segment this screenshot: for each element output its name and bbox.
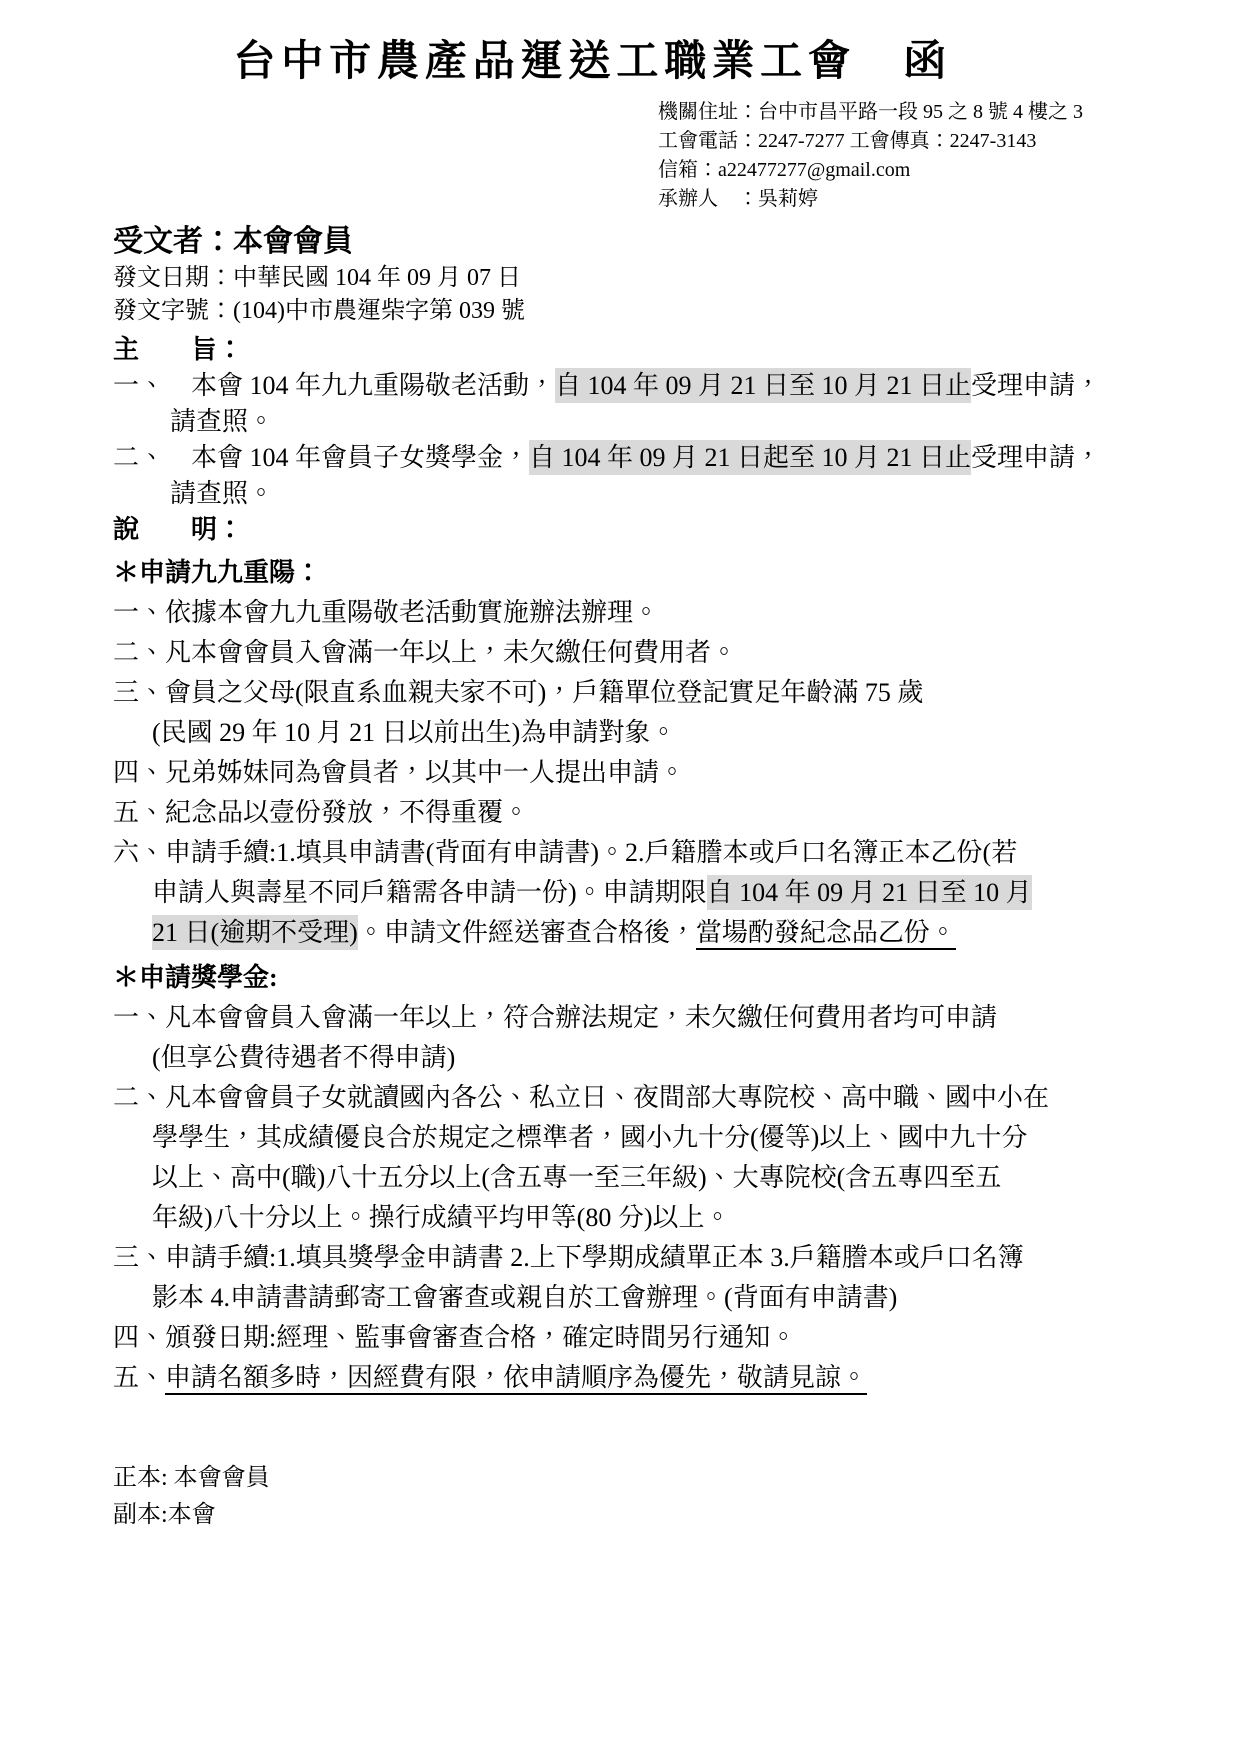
chongyang-item-6: 六、申請手續:1.填具申請書(背面有申請書)。2.戶籍謄本或戶口名簿正本乙份(若 xyxy=(113,833,1184,873)
chongyang-item-3: 三、會員之父母(限直系血親夫家不可)，戶籍單位登記實足年齡滿 75 歲 xyxy=(113,673,1184,713)
text-segment: 說 明： xyxy=(113,515,243,544)
subject-item-2-cont: 請查照。 xyxy=(113,476,1184,512)
subject-item-2: 二、 本會 104 年會員子女獎學金，自 104 年 09 月 21 日起至 1… xyxy=(113,440,1184,476)
underlined-text: 申請名額多時，因經費有限，依申請順序為優先，敬請見諒。 xyxy=(165,1363,867,1395)
text-segment: 請查照。 xyxy=(170,479,274,508)
highlighted-text: 自 104 年 09 月 21 日起至 10 月 21 日止 xyxy=(529,440,971,475)
subject-label: 主 旨： xyxy=(113,332,1184,368)
scholarship-item-1-cont: (但享公費待遇者不得申請) xyxy=(113,1038,1184,1078)
scholarship-item-2-cont3: 年級)八十分以上。操行成績平均甲等(80 分)以上。 xyxy=(113,1198,1184,1238)
scholarship-item-5: 五、申請名額多時，因經費有限，依申請順序為優先，敬請見諒。 xyxy=(113,1358,1184,1398)
scholarship-item-2-cont1: 學學生，其成績優良合於規定之標準者，國小九十分(優等)以上、國中九十分 xyxy=(113,1118,1184,1158)
text-segment: 。申請文件經送審查合格後， xyxy=(358,918,696,947)
scholarship-item-2-cont2: 以上、高中(職)八十五分以上(含五專一至三年級)、大專院校(含五專四至五 xyxy=(113,1158,1184,1198)
text-segment: 請查照。 xyxy=(170,407,274,436)
text-segment: 二、凡本會會員入會滿一年以上，未欠繳任何費用者。 xyxy=(113,638,737,667)
text-segment: 四、兄弟姊妹同為會員者，以其中一人提出申請。 xyxy=(113,758,685,787)
section-chongyang-heading: ＊申請九九重陽： xyxy=(113,553,1184,593)
scholarship-item-3-cont: 影本 4.申請書請郵寄工會審查或親自於工會辦理。(背面有申請書) xyxy=(113,1278,1184,1318)
header-info-block: 機關住址：台中市昌平路一段 95 之 8 號 4 樓之 3 工會電話：2247-… xyxy=(658,98,1184,214)
text-segment: 二、 本會 104 年會員子女獎學金， xyxy=(113,443,529,472)
text-segment: 六、申請手續:1.填具申請書(背面有申請書)。2.戶籍謄本或戶口名簿正本乙份(若 xyxy=(113,838,1017,867)
text-segment: 一、凡本會會員入會滿一年以上，符合辦法規定，未欠繳任何費用者均可申請 xyxy=(113,1003,997,1032)
text-segment: 主 旨： xyxy=(113,335,243,364)
doc-number-line: 發文字號：(104)中市農運柴字第 039 號 xyxy=(113,295,1184,328)
text-segment: 四、頒發日期:經理、監事會審查合格，確定時間另行通知。 xyxy=(113,1323,796,1352)
scholarship-item-3: 三、申請手續:1.填具獎學金申請書 2.上下學期成績單正本 3.戶籍謄本或戶口名… xyxy=(113,1238,1184,1278)
letter-title: 台中市農產品運送工職業工會 函 xyxy=(113,34,1072,90)
agency-phone-fax: 工會電話：2247-7277 工會傳真：2247-3143 xyxy=(658,127,1184,156)
agency-address: 機關住址：台中市昌平路一段 95 之 8 號 4 樓之 3 xyxy=(658,98,1184,127)
chongyang-item-3-cont: (民國 29 年 10 月 21 日以前出生)為申請對象。 xyxy=(113,713,1184,753)
chongyang-item-6-cont1: 申請人與壽星不同戶籍需各申請一份)。申請期限自 104 年 09 月 21 日至… xyxy=(113,873,1184,913)
text-segment: 年級)八十分以上。操行成績平均甲等(80 分)以上。 xyxy=(152,1203,730,1232)
recipient-line: 受文者：本會會員 xyxy=(113,222,1184,262)
chongyang-item-6-cont2: 21 日(逾期不受理)。申請文件經送審查合格後，當場酌發紀念品乙份。 xyxy=(113,913,1184,953)
issue-date-line: 發文日期：中華民國 104 年 09 月 07 日 xyxy=(113,262,1184,295)
scholarship-item-2: 二、凡本會會員子女就讀國內各公、私立日、夜間部大專院校、高中職、國中小在 xyxy=(113,1078,1184,1118)
text-segment: 影本 4.申請書請郵寄工會審查或親自於工會辦理。(背面有申請書) xyxy=(152,1283,897,1312)
chongyang-item-4: 四、兄弟姊妹同為會員者，以其中一人提出申請。 xyxy=(113,753,1184,793)
section-scholarship-heading: ＊申請獎學金: xyxy=(113,958,1184,998)
text-segment: ＊申請九九重陽： xyxy=(113,558,321,587)
scholarship-item-4: 四、頒發日期:經理、監事會審查合格，確定時間另行通知。 xyxy=(113,1318,1184,1358)
chongyang-item-5: 五、紀念品以壹份發放，不得重覆。 xyxy=(113,793,1184,833)
letter-body: 主 旨：一、 本會 104 年九九重陽敬老活動，自 104 年 09 月 21 … xyxy=(113,332,1184,1398)
text-segment: 五、紀念品以壹份發放，不得重覆。 xyxy=(113,798,529,827)
agency-officer: 承辦人 ：吳莉婷 xyxy=(658,185,1184,214)
text-segment: 五、 xyxy=(113,1363,165,1392)
text-segment: 學學生，其成績優良合於規定之標準者，國小九十分(優等)以上、國中九十分 xyxy=(152,1123,1027,1152)
text-segment: 受理申請， xyxy=(971,371,1101,400)
highlighted-text: 自 104 年 09 月 21 日至 10 月 21 日止 xyxy=(555,368,971,403)
subject-item-1: 一、 本會 104 年九九重陽敬老活動，自 104 年 09 月 21 日至 1… xyxy=(113,368,1184,404)
text-segment: 受理申請， xyxy=(971,443,1101,472)
text-segment: 三、申請手續:1.填具獎學金申請書 2.上下學期成績單正本 3.戶籍謄本或戶口名… xyxy=(113,1243,1024,1272)
text-segment: (民國 29 年 10 月 21 日以前出生)為申請對象。 xyxy=(152,718,676,747)
underlined-text: 當場酌發紀念品乙份。 xyxy=(696,918,956,950)
text-segment: 申請人與壽星不同戶籍需各申請一份)。申請期限 xyxy=(152,878,707,907)
copy-original-line: 正本: 本會會員 xyxy=(113,1460,1184,1497)
copy-distribution-block: 正本: 本會會員 副本:本會 xyxy=(113,1460,1184,1534)
text-segment: (但享公費待遇者不得申請) xyxy=(152,1043,455,1072)
subject-item-1-cont: 請查照。 xyxy=(113,404,1184,440)
text-segment: 一、依據本會九九重陽敬老活動實施辦法辦理。 xyxy=(113,598,659,627)
scholarship-item-1: 一、凡本會會員入會滿一年以上，符合辦法規定，未欠繳任何費用者均可申請 xyxy=(113,998,1184,1038)
highlighted-text: 自 104 年 09 月 21 日至 10 月 xyxy=(707,875,1032,910)
copy-duplicate-line: 副本:本會 xyxy=(113,1497,1184,1534)
chongyang-item-2: 二、凡本會會員入會滿一年以上，未欠繳任何費用者。 xyxy=(113,633,1184,673)
explanation-label: 說 明： xyxy=(113,512,1184,548)
document-page: 台中市農產品運送工職業工會 函 機關住址：台中市昌平路一段 95 之 8 號 4… xyxy=(0,0,1240,1754)
text-segment: 以上、高中(職)八十五分以上(含五專一至三年級)、大專院校(含五專四至五 xyxy=(152,1163,1001,1192)
text-segment: 一、 本會 104 年九九重陽敬老活動， xyxy=(113,371,555,400)
text-segment: ＊申請獎學金: xyxy=(113,963,278,992)
text-segment: 三、會員之父母(限直系血親夫家不可)，戶籍單位登記實足年齡滿 75 歲 xyxy=(113,678,923,707)
chongyang-item-1: 一、依據本會九九重陽敬老活動實施辦法辦理。 xyxy=(113,593,1184,633)
agency-email: 信箱：a22477277@gmail.com xyxy=(658,156,1184,185)
highlighted-text: 21 日(逾期不受理) xyxy=(152,915,358,950)
text-segment: 二、凡本會會員子女就讀國內各公、私立日、夜間部大專院校、高中職、國中小在 xyxy=(113,1083,1049,1112)
